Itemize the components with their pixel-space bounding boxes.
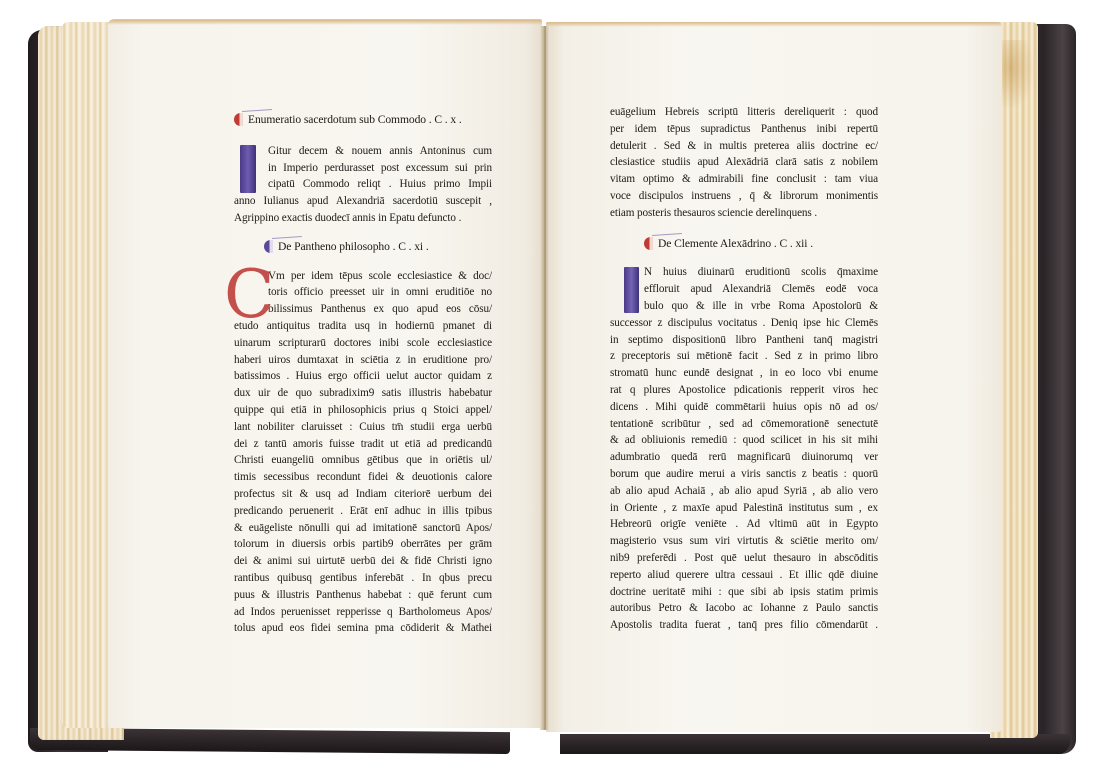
text-line: magisterio vsus sum viri virtutis & sciē… bbox=[610, 533, 878, 550]
chapter-heading-x: Enumeratio sacerdotum sub Commodo . C . … bbox=[234, 112, 492, 129]
text-line: detulerit . Sed & in multis preterea ali… bbox=[610, 138, 878, 155]
text-line: rat q plures Apostolice pdicationis repp… bbox=[610, 382, 878, 399]
paragraph-xii: N huius diuinarū eruditionū scolis q̄max… bbox=[610, 264, 878, 634]
blue-initial-I-icon bbox=[240, 145, 256, 193]
text-line: & ad obliuionis remediū : quod scilicet … bbox=[610, 432, 878, 449]
text-line: in septimo dispositionū libro Pantheni t… bbox=[610, 332, 878, 349]
text-line: predicando peruenerit . Erāt enī adhuc i… bbox=[234, 503, 492, 520]
text-line: etiam posteris thesauros sciencie dereli… bbox=[610, 205, 878, 222]
text-line: tolorum in diuersis orbis partib9 oberrā… bbox=[234, 536, 492, 553]
text-line: vitam optimo & admirabili fine conclusit… bbox=[610, 171, 878, 188]
text-line: quippe qui etiā in philosophicis prius q… bbox=[234, 402, 492, 419]
text-line: batissimos . Huius ergo officii uelut au… bbox=[234, 368, 492, 385]
text-line: Agrippino exactis duodecī annis in Epatu… bbox=[234, 210, 492, 227]
heading-text: De Pantheno philosopho . C . xi . bbox=[278, 240, 429, 253]
text-line: haberi uiros dumtaxat in sciētia z in er… bbox=[234, 352, 492, 369]
text-line: per idem tēpus supradictus Panthenus ini… bbox=[610, 121, 878, 138]
text-line: voce discipulos instruens , q̄ & libroru… bbox=[610, 188, 878, 205]
text-line: Hebreorū origīe veniēte . Ad vltimū aūt … bbox=[610, 516, 878, 533]
text-line: dei & animi sui uirtutē uerbū dei & fidē… bbox=[234, 553, 492, 570]
text-line: dei z tantū amoris fuisse tradit ut etiā… bbox=[234, 436, 492, 453]
text-line: reperto aliud querere ultra cessaui . Et… bbox=[610, 567, 878, 584]
text-line: cipatū Commodo reliqt . Huius primo Impi… bbox=[234, 176, 492, 193]
blue-initial-I-icon bbox=[624, 267, 639, 313]
text-line: in Imperio perdurasset post excessum sui… bbox=[234, 160, 492, 177]
text-line: autoribus Petro & Iacobo ac Iohanne z Pa… bbox=[610, 600, 878, 617]
text-line: bulo quo & ille in vrbe Roma Apostolorū … bbox=[610, 298, 878, 315]
text-line: ad Indos peruenisset repperisse q Bartho… bbox=[234, 604, 492, 621]
text-line: tolus apud eos fidei semina pma cōdideri… bbox=[234, 620, 492, 637]
book-gutter bbox=[540, 26, 550, 730]
red-paragraph-mark-icon bbox=[234, 113, 243, 126]
text-line: in Oriente , z maxīe apud Palestinā inst… bbox=[610, 500, 878, 517]
text-line: uinarum scripturarū doctores inibi scole… bbox=[234, 335, 492, 352]
text-line: doctrine ueritatē mihi : que sibi ab ips… bbox=[610, 584, 878, 601]
text-line: successor z discipulus vocitatus . Deniq… bbox=[610, 315, 878, 332]
text-line: borum que audire merui a viris sanctis z… bbox=[610, 466, 878, 483]
paragraph-continuation: euāgelium Hebreis scriptū litteris derel… bbox=[610, 104, 878, 222]
right-page-text: euāgelium Hebreis scriptū litteris derel… bbox=[610, 104, 878, 634]
text-line: stromatū hunc eundē designat , in eo loc… bbox=[610, 365, 878, 382]
text-line: adumbratio quedā rerū magnificarū diuino… bbox=[610, 449, 878, 466]
text-line: ab alio apud Achaiā , ab alio apud Syriā… bbox=[610, 483, 878, 500]
heading-text: De Clemente Alexādrino . C . xii . bbox=[658, 237, 813, 250]
red-initial-C-icon: C bbox=[224, 262, 274, 328]
text-line: nib9 preferēdi . Post quē uelut thesauro… bbox=[610, 550, 878, 567]
text-line: Gitur decem & nouem annis Antoninus cum bbox=[234, 143, 492, 160]
text-line: timis secessibus recondunt fidei & deuot… bbox=[234, 469, 492, 486]
text-line: euāgelium Hebreis scriptū litteris derel… bbox=[610, 104, 878, 121]
text-line: rantibus quibusq gentibus inferebāt . In… bbox=[234, 570, 492, 587]
chapter-heading-xii: De Clemente Alexādrino . C . xii . bbox=[644, 236, 878, 253]
text-line: anno Iulianus apud Alexandriā sacerdotiū… bbox=[234, 193, 492, 210]
blue-paragraph-mark-icon bbox=[264, 240, 273, 253]
text-line: clesiastice studiis apud Alexādriā clarā… bbox=[610, 154, 878, 171]
text-line: Apostolis tradita fuerat , tanq̄ pres fi… bbox=[610, 617, 878, 634]
open-book-photo: Enumeratio sacerdotum sub Commodo . C . … bbox=[0, 0, 1100, 782]
text-line: & euāgeliste nōnulli qui ad imitationē s… bbox=[234, 520, 492, 537]
paragraph-xi: C Vm per idem tēpus scole ecclesiastice … bbox=[234, 268, 492, 638]
text-line: tentationē scribūtur , sed ad cōmemorati… bbox=[610, 416, 878, 433]
paragraph-x: Gitur decem & nouem annis Antoninus cum … bbox=[234, 143, 492, 227]
text-line: lant nobiliter claruisset : Cuius tm̄ st… bbox=[234, 419, 492, 436]
text-line: dicens . Mihi quidē commētarii huius opi… bbox=[610, 399, 878, 416]
text-line: puus & illustris Panthenus habebat : quē… bbox=[234, 587, 492, 604]
chapter-heading-xi: De Pantheno philosopho . C . xi . bbox=[264, 239, 492, 256]
left-page-text: Enumeratio sacerdotum sub Commodo . C . … bbox=[234, 112, 492, 637]
text-line: z preceptoris sui mētionē facit . Sed z … bbox=[610, 348, 878, 365]
text-line: N huius diuinarū eruditionū scolis q̄max… bbox=[610, 264, 878, 281]
text-line: Christi euangeliū omnibus gētibus que in… bbox=[234, 452, 492, 469]
text-line: dux uir de quo subradixim9 satis illustr… bbox=[234, 385, 492, 402]
red-paragraph-mark-icon bbox=[644, 237, 653, 250]
heading-text: Enumeratio sacerdotum sub Commodo . C . … bbox=[248, 113, 462, 126]
text-line: effloruit apud Alexandriā Clemēs eodē vo… bbox=[610, 281, 878, 298]
text-line: profectus sit & usq ad Indiam citeriorē … bbox=[234, 486, 492, 503]
